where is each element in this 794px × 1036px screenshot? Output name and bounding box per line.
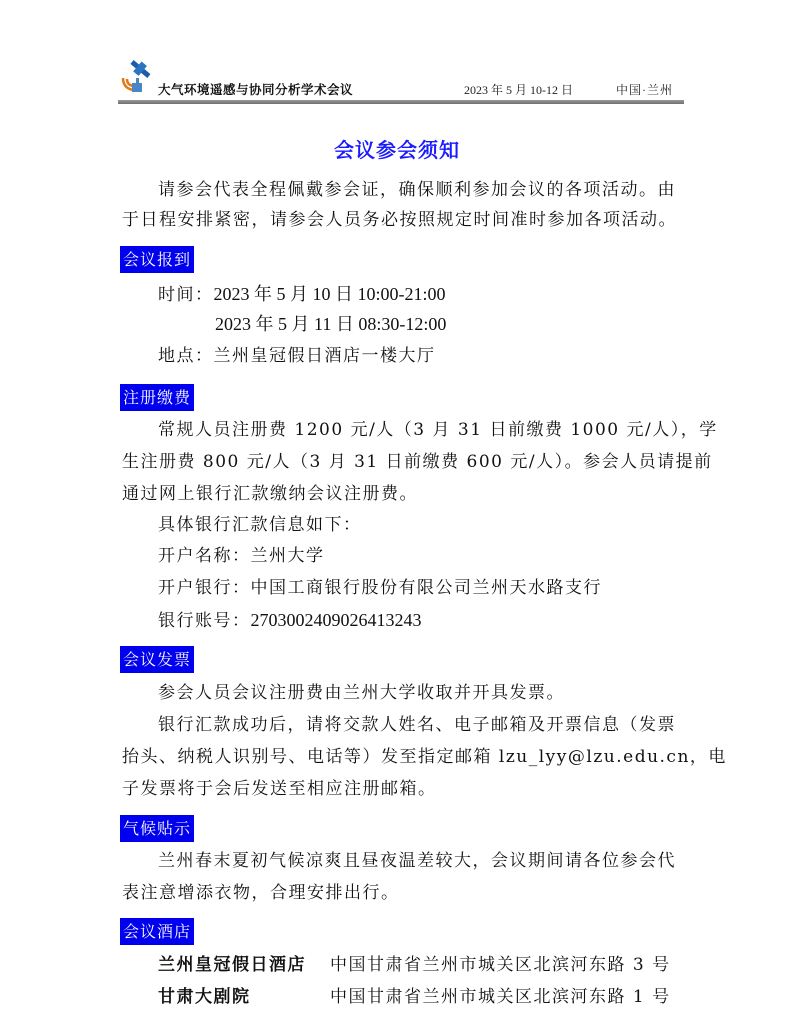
climate-line-2: 表注意增添衣物，合理安排出行。: [122, 877, 400, 909]
time-label: 时间：: [158, 285, 214, 305]
section-heading-registration: 会议报到: [120, 246, 194, 273]
hotel-address-2: 中国甘肃省兰州市城关区北滨河东路 1 号: [330, 981, 671, 1013]
account-name-row: 开户名称：兰州大学: [158, 540, 325, 572]
fee-line-3: 通过网上银行汇款缴纳会议注册费。: [122, 478, 418, 510]
account-name-label: 开户名称：: [158, 546, 251, 566]
hotel-name-2: 甘肃大剧院: [158, 981, 251, 1013]
place: 兰州皇冠假日酒店一楼大厅: [214, 346, 436, 366]
account-no-label: 银行账号：: [158, 611, 251, 631]
account-name: 兰州大学: [251, 546, 325, 566]
hotel-address-1: 中国甘肃省兰州市城关区北滨河东路 3 号: [330, 949, 671, 981]
section-heading-invoice: 会议发票: [120, 646, 194, 673]
registration-time-row: 时间：2023 年 5 月 10 日 10:00-21:00: [158, 278, 446, 311]
section-heading-climate: 气候贴示: [120, 815, 194, 842]
page-header: 大气环境遥感与协同分析学术会议 2023 年 5 月 10-12 日 中国·兰州: [118, 56, 684, 104]
fee-line-1: 常规人员注册费 1200 元/人（3 月 31 日前缴费 1000 元/人），学: [158, 414, 718, 446]
time-2: 2023 年 5 月 11 日 08:30-12:00: [215, 314, 446, 334]
climate-line-1: 兰州春末夏初气候凉爽且昼夜温差较大，会议期间请各位参会代: [158, 845, 676, 877]
intro-line-2: 于日程安排紧密，请参会人员务必按照规定时间准时参加各项活动。: [122, 204, 677, 236]
conference-location: 中国·兰州: [616, 81, 673, 98]
section-heading-fee: 注册缴费: [120, 384, 194, 411]
section-heading-hotel: 会议酒店: [120, 918, 194, 945]
conference-date: 2023 年 5 月 10-12 日: [464, 81, 573, 98]
hotel-name-1: 兰州皇冠假日酒店: [158, 949, 306, 981]
bank-name: 中国工商银行股份有限公司兰州天水路支行: [251, 578, 603, 598]
header-divider: [118, 100, 684, 104]
time-1: 2023 年 5 月 10 日 10:00-21:00: [214, 284, 446, 304]
registration-place-row: 地点：兰州皇冠假日酒店一楼大厅: [158, 340, 436, 372]
invoice-line-4: 子发票将于会后发送至相应注册邮箱。: [122, 773, 437, 805]
bank-intro: 具体银行汇款信息如下：: [158, 509, 362, 541]
registration-time-2: 2023 年 5 月 11 日 08:30-12:00: [215, 308, 446, 341]
fee-line-2: 生注册费 800 元/人（3 月 31 日前缴费 600 元/人）。参会人员请提…: [122, 446, 713, 478]
bank-row: 开户银行：中国工商银行股份有限公司兰州天水路支行: [158, 572, 602, 604]
invoice-line-1: 参会人员会议注册费由兰州大学收取并开具发票。: [158, 677, 565, 709]
place-label: 地点：: [158, 346, 214, 366]
account-no: 2703002409026413243: [251, 610, 422, 630]
satellite-signal-icon: [120, 56, 156, 94]
intro-line-1: 请参会代表全程佩戴参会证，确保顺利参加会议的各项活动。由: [158, 174, 676, 206]
account-no-row: 银行账号：2703002409026413243: [158, 604, 422, 637]
page-title: 会议参会须知: [0, 134, 794, 163]
conference-name: 大气环境遥感与协同分析学术会议: [158, 80, 353, 98]
bank-label: 开户银行：: [158, 578, 251, 598]
invoice-line-3: 抬头、纳税人识别号、电话等）发至指定邮箱 lzu_lyy@lzu.edu.cn，…: [122, 741, 727, 773]
invoice-line-2: 银行汇款成功后，请将交款人姓名、电子邮箱及开票信息（发票: [158, 709, 676, 741]
